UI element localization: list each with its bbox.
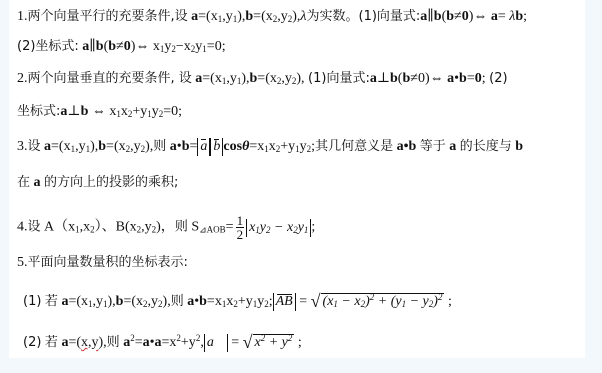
triangle-subscript: ⊿AOB <box>199 225 226 235</box>
item-4-line: 4.设 A（x1,x2）、B(x2,y2)，则 S⊿AOB=12x1y2 − x… <box>17 214 315 241</box>
then-text: 则 <box>153 139 166 154</box>
item-2-line-2: 坐标式:a⊥b ⇔ x1x2+y1y2=0; <box>17 103 182 121</box>
sqrt-magnitude: √x2 + y2 <box>243 333 295 352</box>
item-number: 1. <box>17 9 28 24</box>
item-number: 2. <box>17 71 28 86</box>
item-3-line: 3.设 a=(x1,y1),b=(x2,y2),则 a•b=abcosθ=x1x… <box>17 138 523 156</box>
item-number: 4. <box>17 220 28 235</box>
if-text: 若 <box>45 335 58 350</box>
item-5-line: 5.平面向量数量积的坐标表示: <box>17 254 188 272</box>
part2-label: (2)坐标式: <box>17 39 79 54</box>
projection-text: 的方向上的投影的乘积; <box>44 175 178 190</box>
set-text: 设 <box>28 139 41 154</box>
part1-label: (1)向量式: <box>308 71 370 86</box>
sub1-label: (1) <box>23 294 41 309</box>
item-3-line-2: 在 a 的方向上的投影的乘积; <box>17 174 178 192</box>
then-text: 则 <box>171 294 184 309</box>
projection-pre: 在 <box>17 175 30 190</box>
dot-product-text: a•b <box>397 139 417 154</box>
equals-text: 等于 <box>420 139 446 154</box>
fraction-one-half: 12 <box>236 214 245 241</box>
if-text: 若 <box>45 294 58 309</box>
item-title: 平面向量数量积的坐标表示: <box>28 255 188 270</box>
coord-label: 坐标式: <box>17 104 60 119</box>
item-1-line: 1.两个向量平行的充要条件,设 a=(x1,y1),b=(x2,y2),λ为实数… <box>17 8 527 26</box>
vector-a: a <box>34 175 41 190</box>
item-number: 5. <box>17 255 28 270</box>
item-number: 3. <box>17 139 28 154</box>
part2-label: (2) <box>489 71 507 86</box>
item-title: 两个向量平行的充要条件,设 <box>28 9 188 24</box>
meaning-text: 其几何意义是 <box>315 139 393 154</box>
vector-a: a <box>449 139 456 154</box>
document-page: 1.两个向量平行的充要条件,设 a=(x1,y1),b=(x2,y2),λ为实数… <box>9 0 585 358</box>
length-text: 的长度与 <box>460 139 512 154</box>
real-number-text: 为实数。 <box>306 9 358 24</box>
item-5-sub-2: (2) 若 a=(x,y),则 a2=a•a=x2+y2,a⃗ = √x2 + … <box>23 333 302 352</box>
item-5-sub-1: (1) 若 a=(x1,y1),b=(x2,y2),则 a•b=x1x2+y1y… <box>23 292 452 311</box>
vector-b: b <box>515 139 523 154</box>
part1-label: (1)向量式: <box>359 9 421 24</box>
item-title: 两个向量垂直的充要条件, 设 <box>28 71 192 86</box>
then-text: 则 <box>107 335 120 350</box>
sqrt-distance: √(x1 − x2)2 + (y1 − y2)2 <box>311 292 445 311</box>
item-1-line-2: (2)坐标式: a∥b(b≠0)⇔ x1y2−x2y1=0; <box>17 38 226 56</box>
item-2-line: 2.两个向量垂直的充要条件, 设 a=(x1,y1),b=(x2,y2), (1… <box>17 70 508 88</box>
sub2-label: (2) <box>23 335 41 350</box>
